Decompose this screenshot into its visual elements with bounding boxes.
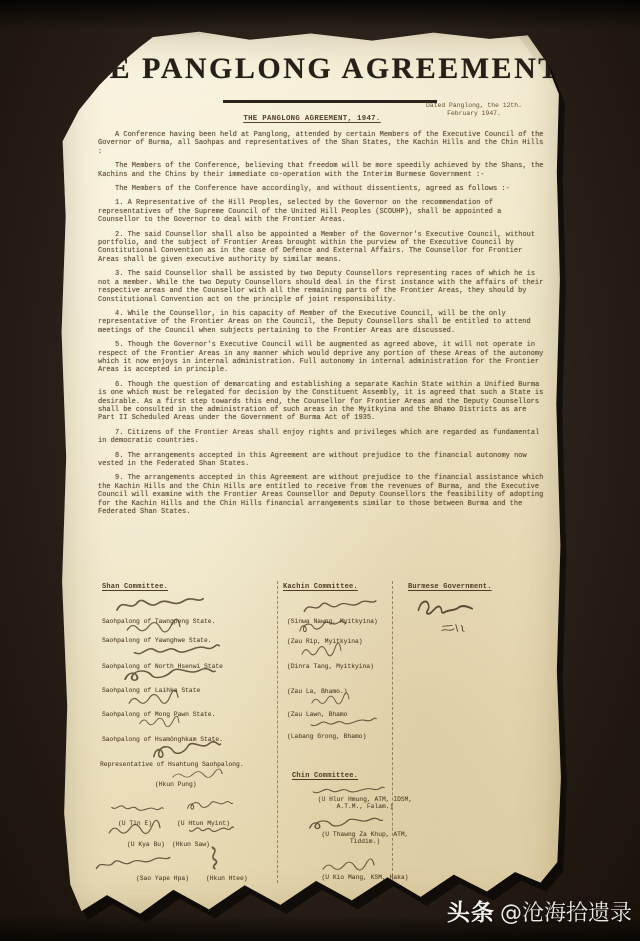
clause-7: 7. Citizens of the Frontier Areas shall … [98,429,544,446]
shan-representative-name: (Hkun Pung) [155,781,197,788]
signature-icon [128,636,225,661]
watermark: 头条 @沧海拾遗录 [447,894,632,927]
signature-icon [118,662,223,686]
chin-signatory-label: (U Kio Mang, KSM, Haka) [290,874,440,881]
shan-member-label: (Sao Yape Hpa) [136,875,189,882]
dateline-place: Dated Panglong, the 12th. [414,102,534,110]
signature-icon [122,619,184,634]
signature-icon [318,859,378,873]
preamble-paragraph: The Members of the Conference have accor… [98,185,544,193]
signature-icon [295,616,350,637]
clause-9: 9. The arrangements accepted in this Agr… [98,474,544,516]
signature-icon [184,797,236,813]
clause-3: 3. The said Counsellor shall be assisted… [98,270,544,304]
shan-member-label: (Hkun Htee) [206,875,248,882]
title-underline [223,100,437,103]
watermark-handle: @沧海拾遗录 [500,901,632,926]
shan-representative-label: Representative of Hsahtung Saohpalong. [100,761,244,768]
photo-background: THE PANGLONG AGREEMENT Dated Panglong, t… [0,0,640,941]
agreement-document: THE PANGLONG AGREEMENT Dated Panglong, t… [56,30,566,920]
signature-icon [204,844,228,872]
signature-icon [308,781,388,798]
clause-1: 1. A Representative of the Hill Peoples,… [98,199,544,224]
kachin-signatory-label: (Dinra Tang, Myitkyina) [287,663,374,670]
chin-signatory-label: (U Hlur Hmung, ATM, IDSM, A.T.M., Falam.… [290,796,440,811]
chin-signatory-label: (U Thawng Za Khup, ATM, Tiddim.) [290,831,440,846]
document-heading: THE PANGLONG AGREEMENT, 1947. [206,115,418,123]
column-divider [277,581,278,883]
photo-vignette-top [0,0,640,30]
clause-4: 4. While the Counsellor, in his capacity… [98,310,544,335]
dateline: Dated Panglong, the 12th. February 1947. [414,102,534,118]
clause-5: 5. Though the Governor's Executive Counc… [98,341,544,375]
clause-2: 2. The said Counsellor shall also be app… [98,231,544,265]
signature-icon [104,820,165,837]
clause-8: 8. The arrangements accepted in this Agr… [98,452,544,469]
watermark-brand: 头条 [447,900,495,926]
clause-6: 6. Though the question of demarcating an… [98,381,544,423]
shan-committee-header: Shan Committee. [102,583,168,591]
signature-icon [124,690,183,708]
signature-icon [136,715,182,729]
signature-icon [300,594,381,616]
handwritten-date-icon [440,622,466,634]
aung-san-signature-icon [412,594,476,620]
dateline-date: February 1947. [414,110,534,118]
agreement-body: A Conference having been held at Panglon… [98,131,544,522]
kachin-committee-header: Kachin Committee. [283,583,358,591]
signature-icon [308,693,353,707]
chin-committee-header: Chin Committee. [292,772,358,780]
preamble-paragraph: The Members of the Conference, believing… [98,162,544,179]
signature-icon [108,798,167,815]
signature-icon [92,851,175,873]
signature-icon [298,643,344,659]
kachin-signatory-label: (Labang Grong, Bhamo) [287,733,366,740]
preamble-paragraph: A Conference having been held at Panglon… [98,131,544,156]
document-title: THE PANGLONG AGREEMENT [56,52,566,86]
burmese-government-header: Burmese Government. [408,583,492,591]
signature-icon [168,769,226,780]
signature-icon [186,820,236,837]
signature-icon [112,590,209,615]
shan-member-label: (U Kya Bu) [127,841,165,848]
